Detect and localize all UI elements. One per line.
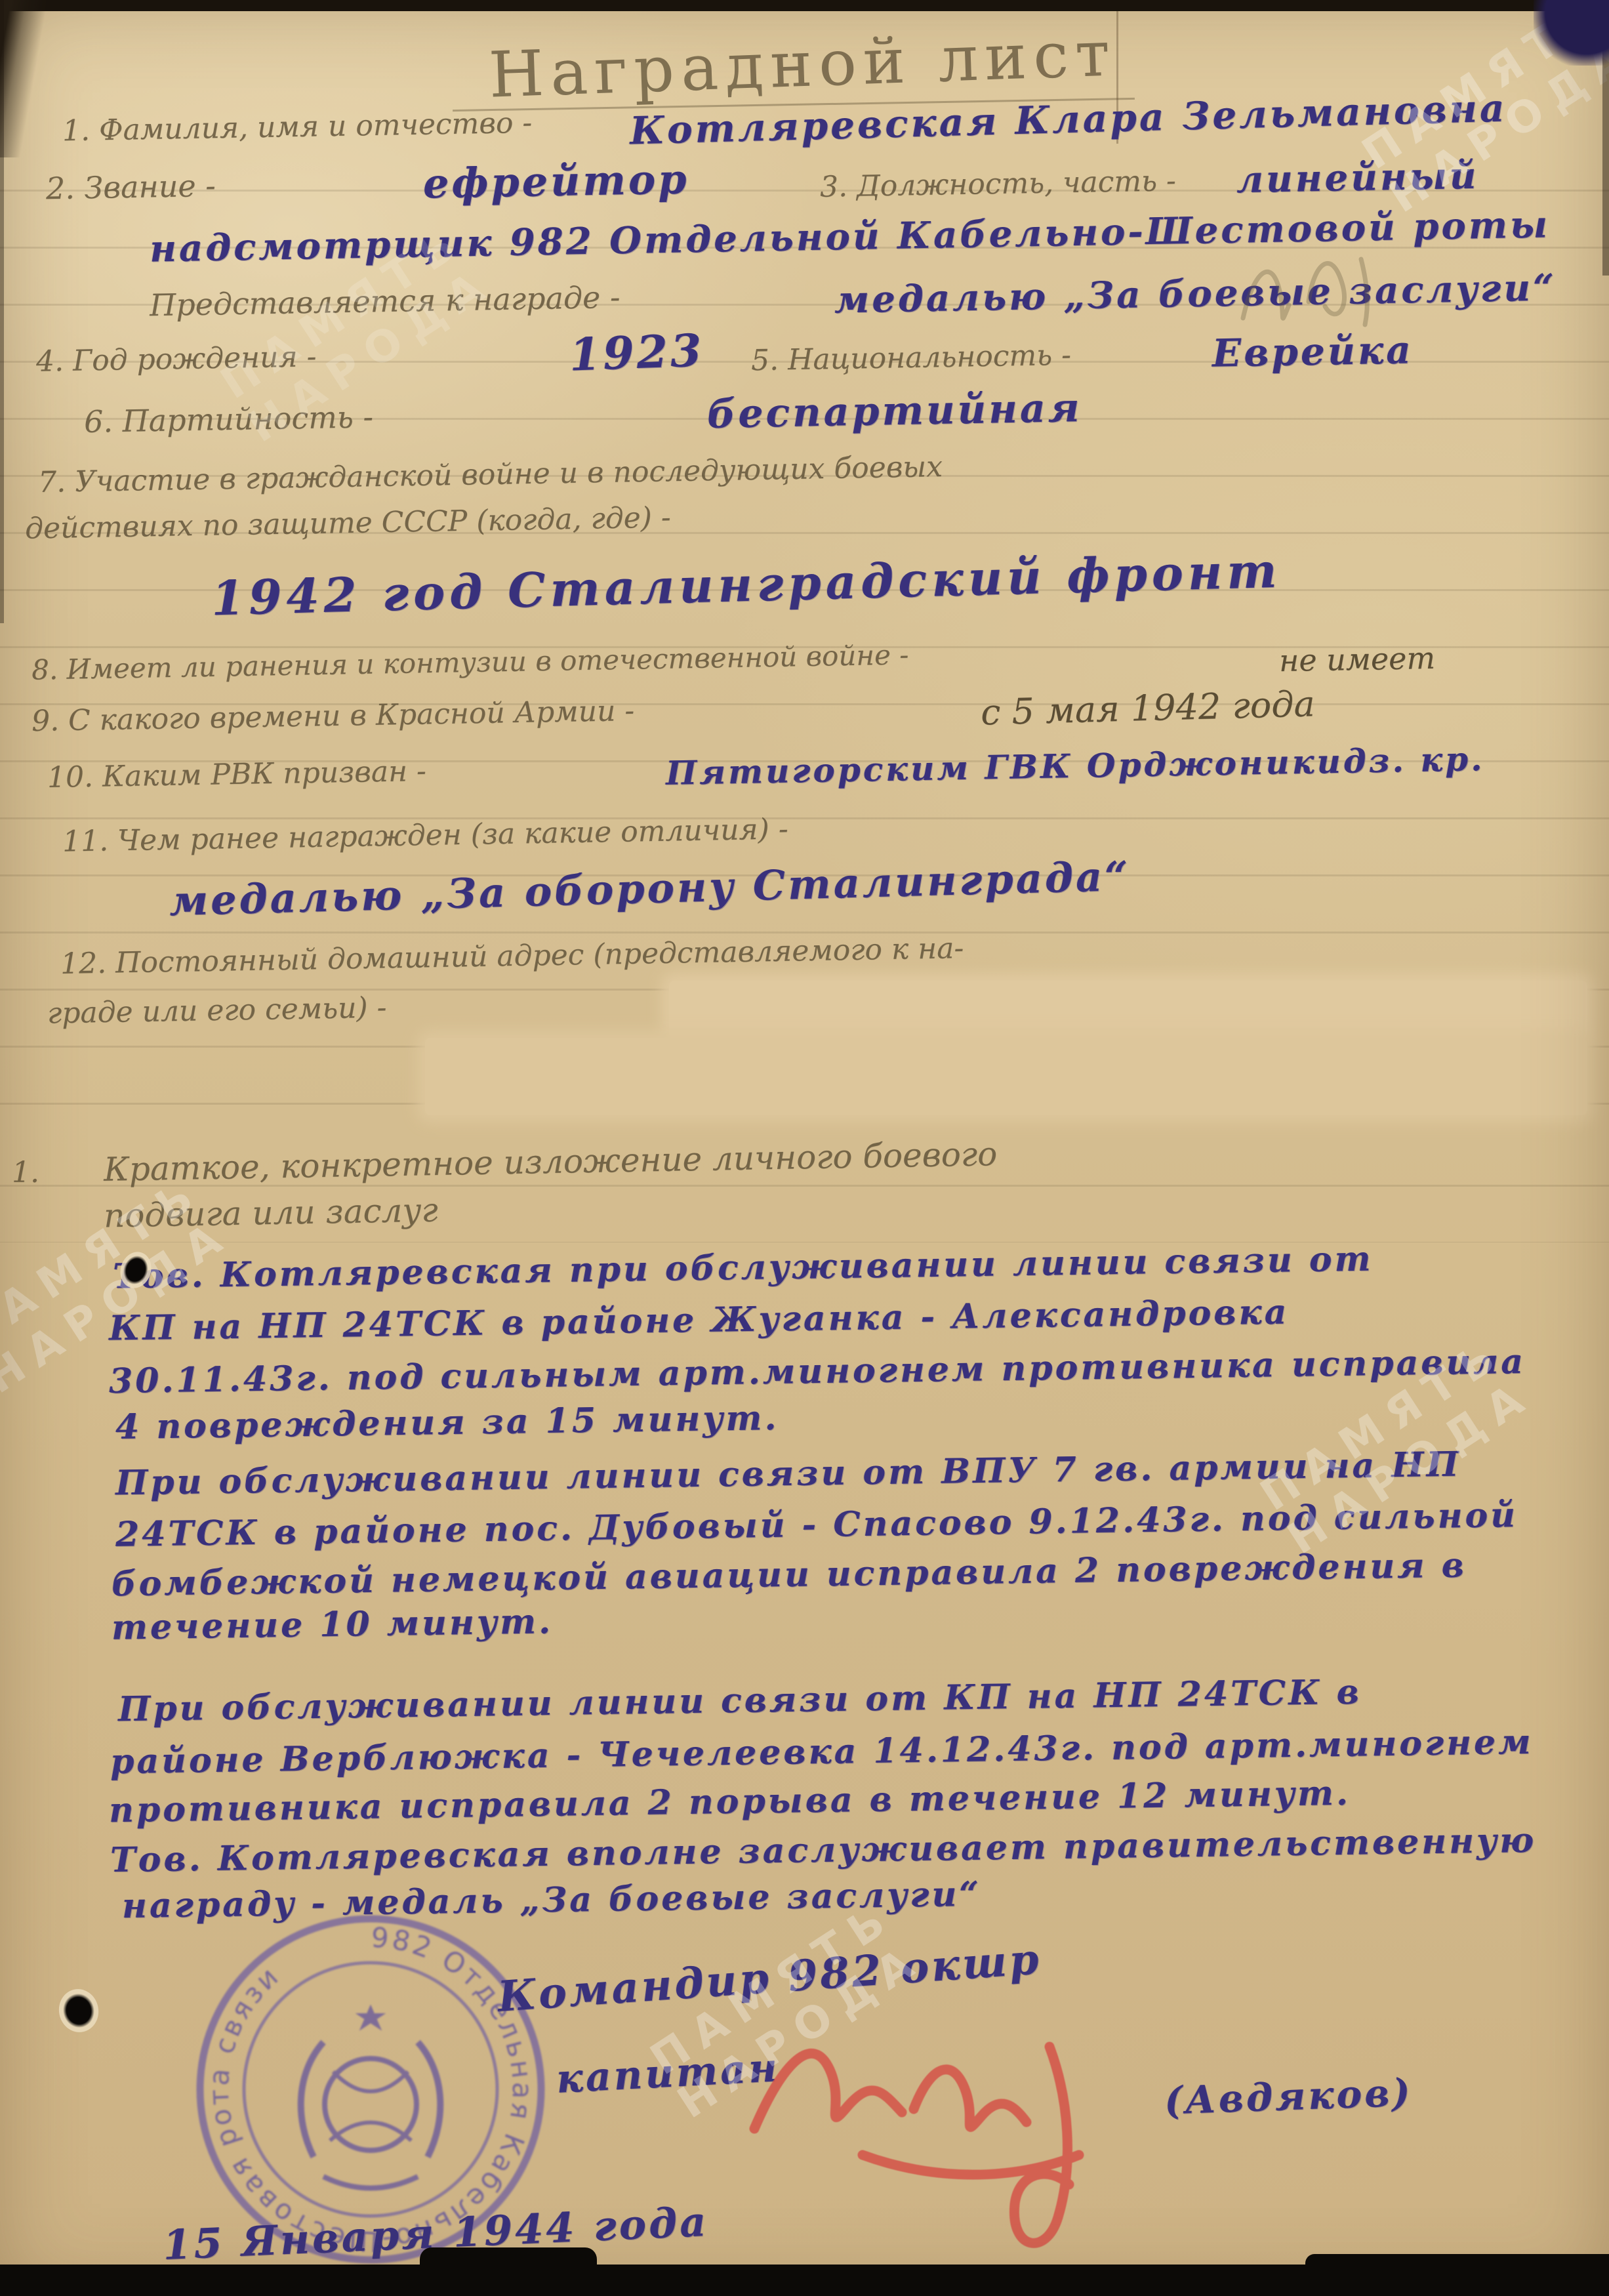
field-position-label: 3. Должность, часть - bbox=[820, 164, 1177, 203]
field-nationality-label: 5. Национальность - bbox=[751, 338, 1072, 378]
body-line: 4 повреждения за 15 минут. bbox=[115, 1398, 779, 1447]
body-line: Тов. Котляревская вполне заслуживает пра… bbox=[110, 1820, 1537, 1880]
field-party-value: беспартийная bbox=[706, 385, 1082, 438]
scan-edge-bottom-tear bbox=[420, 2247, 597, 2275]
scan-edge-bottom-tear bbox=[1305, 2254, 1609, 2274]
field-rvk-label: 10. Каким РВК призван - bbox=[47, 754, 427, 794]
body-line: КП на НП 24ТСК в районе Жуганка - Алекса… bbox=[109, 1292, 1290, 1348]
scan-edge-top-left bbox=[0, 0, 62, 157]
field-rank-label: 2. Звание - bbox=[46, 168, 216, 207]
ink-blot bbox=[1534, 0, 1609, 66]
field-rank-value: ефрейтор bbox=[422, 155, 689, 207]
body-line: бомбежкой немецкой авиации исправила 2 п… bbox=[112, 1546, 1467, 1605]
body-line: При обслуживании линии связи от КП на НП… bbox=[118, 1672, 1362, 1729]
redaction-patch bbox=[669, 981, 1587, 1038]
award-sheet-scan: Наградной лист 1. Фамилия, имя и отчеств… bbox=[0, 0, 1609, 2296]
stamp-coat-of-arms bbox=[301, 2006, 441, 2188]
pencil-registration-mark bbox=[1217, 233, 1427, 344]
field-address-label-2: граде или его семьи) - bbox=[47, 991, 387, 1030]
redaction-patch bbox=[425, 1038, 1587, 1115]
field-wounds-value: не имеет bbox=[1279, 640, 1436, 678]
section-marker: 1. bbox=[12, 1156, 39, 1189]
body-line: противника исправила 2 порыва в течение … bbox=[109, 1773, 1351, 1830]
body-line: течение 10 минут. bbox=[112, 1601, 554, 1647]
field-service-value: с 5 мая 1942 года bbox=[980, 683, 1315, 733]
body-line: Тов. Котляревская при обслуживании линии… bbox=[113, 1239, 1374, 1297]
signature-typed-name: (Авдяков) bbox=[1164, 2070, 1414, 2123]
field-birthyear-value: 1923 bbox=[569, 324, 705, 381]
scan-edge-left bbox=[0, 0, 4, 623]
scan-edge-top bbox=[0, 0, 1609, 11]
punch-hole bbox=[55, 1985, 102, 2036]
body-line: 30.11.43г. под сильным арт.миногнем прот… bbox=[109, 1342, 1526, 1401]
